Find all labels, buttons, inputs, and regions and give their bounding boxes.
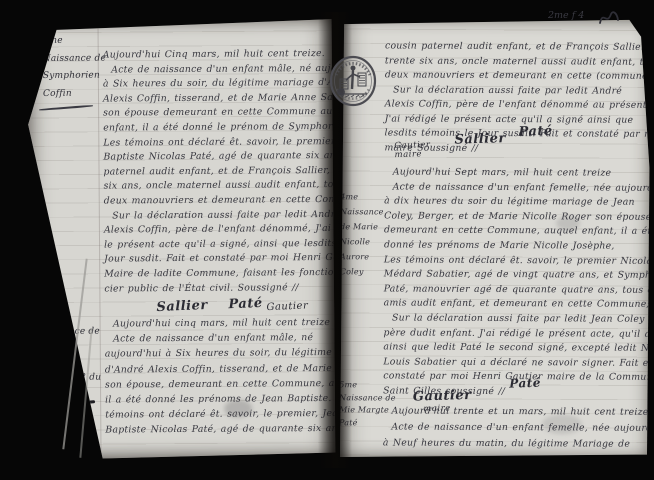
act-marie-nicolle-coley-text: Aujourd'hui Sept mars, mil huit cent tre… xyxy=(383,165,644,400)
paraph-icon xyxy=(598,8,620,32)
act-line: Acte de naissance d'un enfant mâle, né a… xyxy=(103,62,331,78)
signature-sallier: Sallier xyxy=(454,131,506,148)
act-line: amis audit enfant, et demeurant en cette… xyxy=(384,297,644,313)
birth-margin-note-coley: 4meNaissancede MarieNicolleAuroreColey xyxy=(340,189,382,279)
signature-pate: Paté xyxy=(228,296,263,312)
margin-flourish-underline xyxy=(39,105,93,111)
act-line: Jour susdit. Fait et constaté par moi He… xyxy=(104,251,332,267)
act-line: à dix heures du soir du légitime mariage… xyxy=(384,195,644,211)
act-jean-baptiste-text: Aujourd'hui cinq mars, mil huit cent tre… xyxy=(105,315,334,438)
act-line: six ans, oncle maternel aussi audit enfa… xyxy=(104,178,332,194)
margin-heavy-dash xyxy=(37,400,95,408)
act-line: deux manouvriers et demeurant en cette C… xyxy=(104,193,332,209)
signature-gautier: Gautier xyxy=(266,300,308,313)
act-line: J'ai rédigé le présent acte qu'il a sign… xyxy=(385,112,645,128)
act-line: Louis Sabatier qui a déclaré ne savoir s… xyxy=(383,355,643,371)
act-line: Paté, manouvrier agé de quarante quatre … xyxy=(384,282,644,298)
act-line: Maire de ladite Commune, faisant les fon… xyxy=(104,266,332,282)
signature-gautier: Gautier xyxy=(413,389,472,404)
scanned-register-spread: 2meNaissance deSymphorienCoffin Aujourd'… xyxy=(0,0,654,480)
act-line: Naissance de xyxy=(339,392,381,405)
right-page: cousin paternel audit enfant, et de Fran… xyxy=(337,15,651,461)
act-line: Paté xyxy=(339,417,381,430)
revenue-stamp-icon xyxy=(328,54,378,112)
act-line: ainsi que ledit Paté le second signé, ex… xyxy=(383,341,643,357)
act-line: Les témoins ont déclaré êt. savoir, le p… xyxy=(384,253,644,269)
act-jean-baptiste-continuation-text: cousin paternel audit enfant, et de Fran… xyxy=(384,39,645,156)
act-line: Alexis Coffin, tisserand, et de Marie An… xyxy=(103,91,331,107)
act-line: Sur la déclaration aussi faite par ledit… xyxy=(104,207,332,223)
signature-gautier-maire: Gautier maire xyxy=(394,141,431,160)
act-line: son épouse, demeurant en cette Commune, … xyxy=(105,376,333,393)
act-line: Coley, Berger, et de Marie Nicolle Roger… xyxy=(384,209,644,225)
act-line: 3me xyxy=(36,309,100,325)
act-line: Les témoins ont déclaré êt. savoir, le p… xyxy=(103,135,331,151)
act-line: Baptiste Nicolas Paté, agé de quarante s… xyxy=(103,149,331,165)
act-line: cousin paternel audit enfant, et de Fran… xyxy=(385,39,645,55)
act-line: demeurant en cette Commune, auquel enfan… xyxy=(384,224,644,240)
act-line: Naissance xyxy=(340,204,382,219)
act-line: deux manouvriers et demeurant en cette (… xyxy=(385,68,645,84)
signature-pate: Paté xyxy=(518,124,553,140)
act-line: Coley xyxy=(340,264,382,279)
signature-pate: Paté xyxy=(509,376,541,391)
act-line: Alexis Coffin, père de l'enfant dénommé … xyxy=(385,97,645,113)
act-line: Acte de naissance d'un enfant mâle, né xyxy=(105,330,333,347)
act-line: Acte de naissance d'un enfant femelle, n… xyxy=(383,419,643,436)
act-line: mort le 12 du xyxy=(37,371,101,387)
act-line: Mie Margte xyxy=(339,404,381,417)
act-line: Acte de naissance d'un enfant femelle, n… xyxy=(384,180,644,196)
act-line: Coffin xyxy=(37,355,101,371)
act-line: père dudit enfant. J'ai rédigé le présen… xyxy=(383,326,643,342)
act-line: trente six ans, oncle maternel aussi aud… xyxy=(385,54,645,70)
act-line: Médard Sabatier, agé de vingt quatre ans… xyxy=(384,268,644,284)
act-line: Aurore xyxy=(340,249,382,264)
left-page: 2meNaissance deSymphorienCoffin Aujourd'… xyxy=(26,17,335,459)
act-line: Alexis Coffin, père de l'enfant dénommé,… xyxy=(104,222,332,238)
act-line: Sur la déclaration aussi faite par ledit… xyxy=(384,311,644,327)
signature-sallier: Sallier xyxy=(156,298,208,315)
act-line: 4me xyxy=(340,189,382,204)
act-line: témoins ont déclaré êt. savoir, le premi… xyxy=(105,406,333,423)
act-marguerite-pate-text: Aujourd'hui trente et un mars, mil huit … xyxy=(383,403,643,452)
act-line: le présent acte qu'il a signé, ainsi que… xyxy=(104,237,332,253)
act-line: Aujourd'hui Sept mars, mil huit cent tre… xyxy=(384,165,644,181)
act-line: à Six heures du soir, du légitime mariag… xyxy=(103,76,331,92)
act-line: Nicolle xyxy=(340,234,382,249)
act-line: cier public de l'État civil. Soussigné /… xyxy=(104,280,332,296)
act-line: Aujourd'hui Cinq mars, mil huit cent tre… xyxy=(103,47,331,63)
act-line: paternel audit enfant, et de François Sa… xyxy=(103,164,331,180)
act-line: il a été donné les prénoms de Jean Bapti… xyxy=(105,391,333,408)
act-line: enfant, il a été donné le prénom de Symp… xyxy=(103,120,331,136)
act-line: aujourd'hui à Six heures du soir, du lég… xyxy=(105,345,333,362)
act-line: d'André Alexis Coffin, tisserand, et de … xyxy=(105,361,333,378)
act-line: Aujourd'hui trente et un mars, mil huit … xyxy=(383,403,643,420)
act-line: à Neuf heures du matin, du légitime Mari… xyxy=(383,435,643,452)
act-line: Jean Bte xyxy=(37,340,101,356)
act-symphorien-text: Aujourd'hui Cinq mars, mil huit cent tre… xyxy=(103,47,333,297)
act-line: 5me xyxy=(339,379,381,392)
birth-margin-note-pate: 5meNaissance deMie MargtePaté xyxy=(339,379,381,429)
act-line: donné les prénoms de Marie Nicolle Josèp… xyxy=(384,238,644,254)
act-line: de Marie xyxy=(340,219,382,234)
act-line: son épouse demeurant en cette Commune au… xyxy=(103,105,331,121)
act-line: Sur la déclaration aussi faite par ledit… xyxy=(385,83,645,99)
signature-maire-title: maire xyxy=(394,150,430,160)
page-number-annotation: 2me f 4 xyxy=(548,10,584,21)
act-line: Baptiste Nicolas Paté, agé de quarante s… xyxy=(105,421,333,438)
act-line: Aujourd'hui cinq mars, mil huit cent tre… xyxy=(105,315,333,332)
